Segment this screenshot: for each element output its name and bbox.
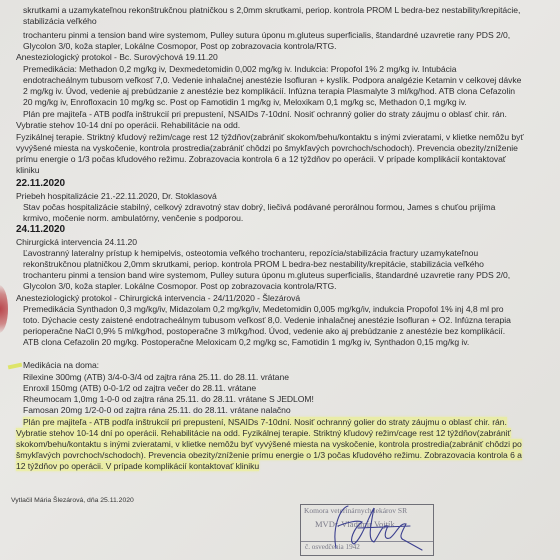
medication-item: Enroxil 150mg (ATB) 0-0-1/2 od zajtra ve… (23, 383, 256, 394)
hospitalization-line: krmivo, močenie norm. ambulatórny, venče… (23, 213, 243, 224)
surgery-line: trochanteru pinmi a tension band wire sy… (23, 270, 510, 281)
highlighted-text: šmykľavých povrchoch/schodoch). Prevenci… (16, 450, 522, 460)
surgery-line: Ľavostranný lateralny prístup k hemipelv… (23, 248, 478, 259)
report-text-line: Premedikácia: Methadon 0,2 mg/kg iv, Dex… (23, 64, 456, 75)
surgery-line: Glycolon 3/0, koža stapler. Lokálne Cosm… (23, 281, 337, 292)
report-text-line: Vybratie stehov 10-14 dní po operácii. R… (16, 120, 240, 131)
medication-item: Famosan 20mg 1/2-0-0 od zajtra rána 25.1… (23, 405, 291, 416)
report-text-line: endotracheálnym tubusom veľkosť 7,0. Ved… (23, 75, 521, 86)
owner-plan-line: Plán pre majiteľa - ATB podľa inštrukcií… (23, 417, 507, 428)
medical-report-page: skrutkami a uzamykateľnou rekonštrukčnou… (0, 0, 560, 560)
report-text-line: Anesteziologický protokol - Bc. Surových… (16, 52, 218, 63)
owner-plan-line: 12 týždňov po operácii. V prípade kompli… (16, 461, 259, 472)
report-text-line: prímu energie o 1/3 počas kľudového reži… (16, 154, 506, 165)
report-text-line: Plán pre majiteľa - ATB podľa inštrukcií… (23, 109, 507, 120)
owner-plan-line: šmykľavých povrchoch/schodoch). Prevenci… (16, 450, 522, 461)
highlighter-mark (8, 363, 23, 370)
printed-by-footer: Vytlačil Mária Šlezárová, dňa 25.11.2020 (11, 497, 134, 504)
report-text-line: skrutkami a uzamykateľnou rekonštrukčnou… (23, 5, 520, 16)
red-smudge (0, 285, 8, 333)
medication-item: Rilexine 300mg (ATB) 3/4-0-3/4 od zajtra… (23, 372, 289, 383)
report-text-line: 2 mg/kg iv. Úvod, vedenie aj prebúdzanie… (23, 86, 515, 97)
medication-item: Rheumocam 1,0mg 1-0-0 od zajtra rána 25.… (23, 394, 314, 405)
anesthesia-line: perioperačne NaCl 0,9% 5 ml/kg/hod, post… (23, 326, 505, 337)
highlighted-text: 12 týždňov po operácii. V prípade kompli… (16, 461, 259, 471)
anesthesia-line: ATB clona Cefazolin 20 mg/kg. Postoperač… (23, 337, 469, 348)
hospitalization-title: Priebeh hospitalizácie 21.-22.11.2020, D… (16, 191, 217, 202)
report-text-line: Fyzikálnej terapie. Striktný kľudový rež… (16, 132, 524, 143)
surgery-title: Chirurgická intervencia 24.11.20 (16, 237, 137, 248)
anesthesia-title: Anesteziologický protokol - Chirurgická … (16, 293, 300, 304)
highlighted-text: skokom/behu/kontaktu s inými zvieratami,… (16, 439, 522, 449)
report-text-line: trochanteru pinmi a tension band wire sy… (23, 30, 510, 41)
owner-plan-line: Vybratie stehov 10-14 dní po operácii. R… (16, 428, 511, 439)
highlighted-text: Plán pre majiteľa - ATB podľa inštrukcií… (23, 417, 507, 427)
owner-plan-line: skokom/behu/kontaktu s inými zvieratami,… (16, 439, 522, 450)
report-text-line: vyvýšené miesta na vyskočenie, kontrola … (16, 143, 518, 154)
date-heading-22-11: 22.11.2020 (16, 178, 65, 189)
home-medication-title: Medikácia na doma: (23, 360, 99, 371)
anesthesia-line: Premedikácia Synthadon 0,3 mg/kg/iv, Mid… (23, 304, 504, 315)
report-text-line: kliniku (16, 165, 40, 176)
handwritten-signature (318, 498, 428, 556)
report-text-line: 20 mg/kg iv, Enrofloxacin 10 mg/kg sc. P… (23, 97, 467, 108)
report-text-line: stabilizácia veľkého (23, 16, 97, 27)
hospitalization-line: Stav počas hospitalizácie stabilný, celk… (23, 202, 495, 213)
surgery-line: rekonštrukčnou platničkou 2,0mm skrutkam… (23, 259, 484, 270)
report-text-line: Glycolon 3/0, koža stapler, Lokálne Cosm… (23, 41, 337, 52)
highlighted-text: Vybratie stehov 10-14 dní po operácii. R… (16, 428, 511, 438)
anesthesia-line: toto. Dýchacie cesty zaistené endotrache… (23, 315, 511, 326)
date-heading-24-11: 24.11.2020 (16, 224, 65, 235)
